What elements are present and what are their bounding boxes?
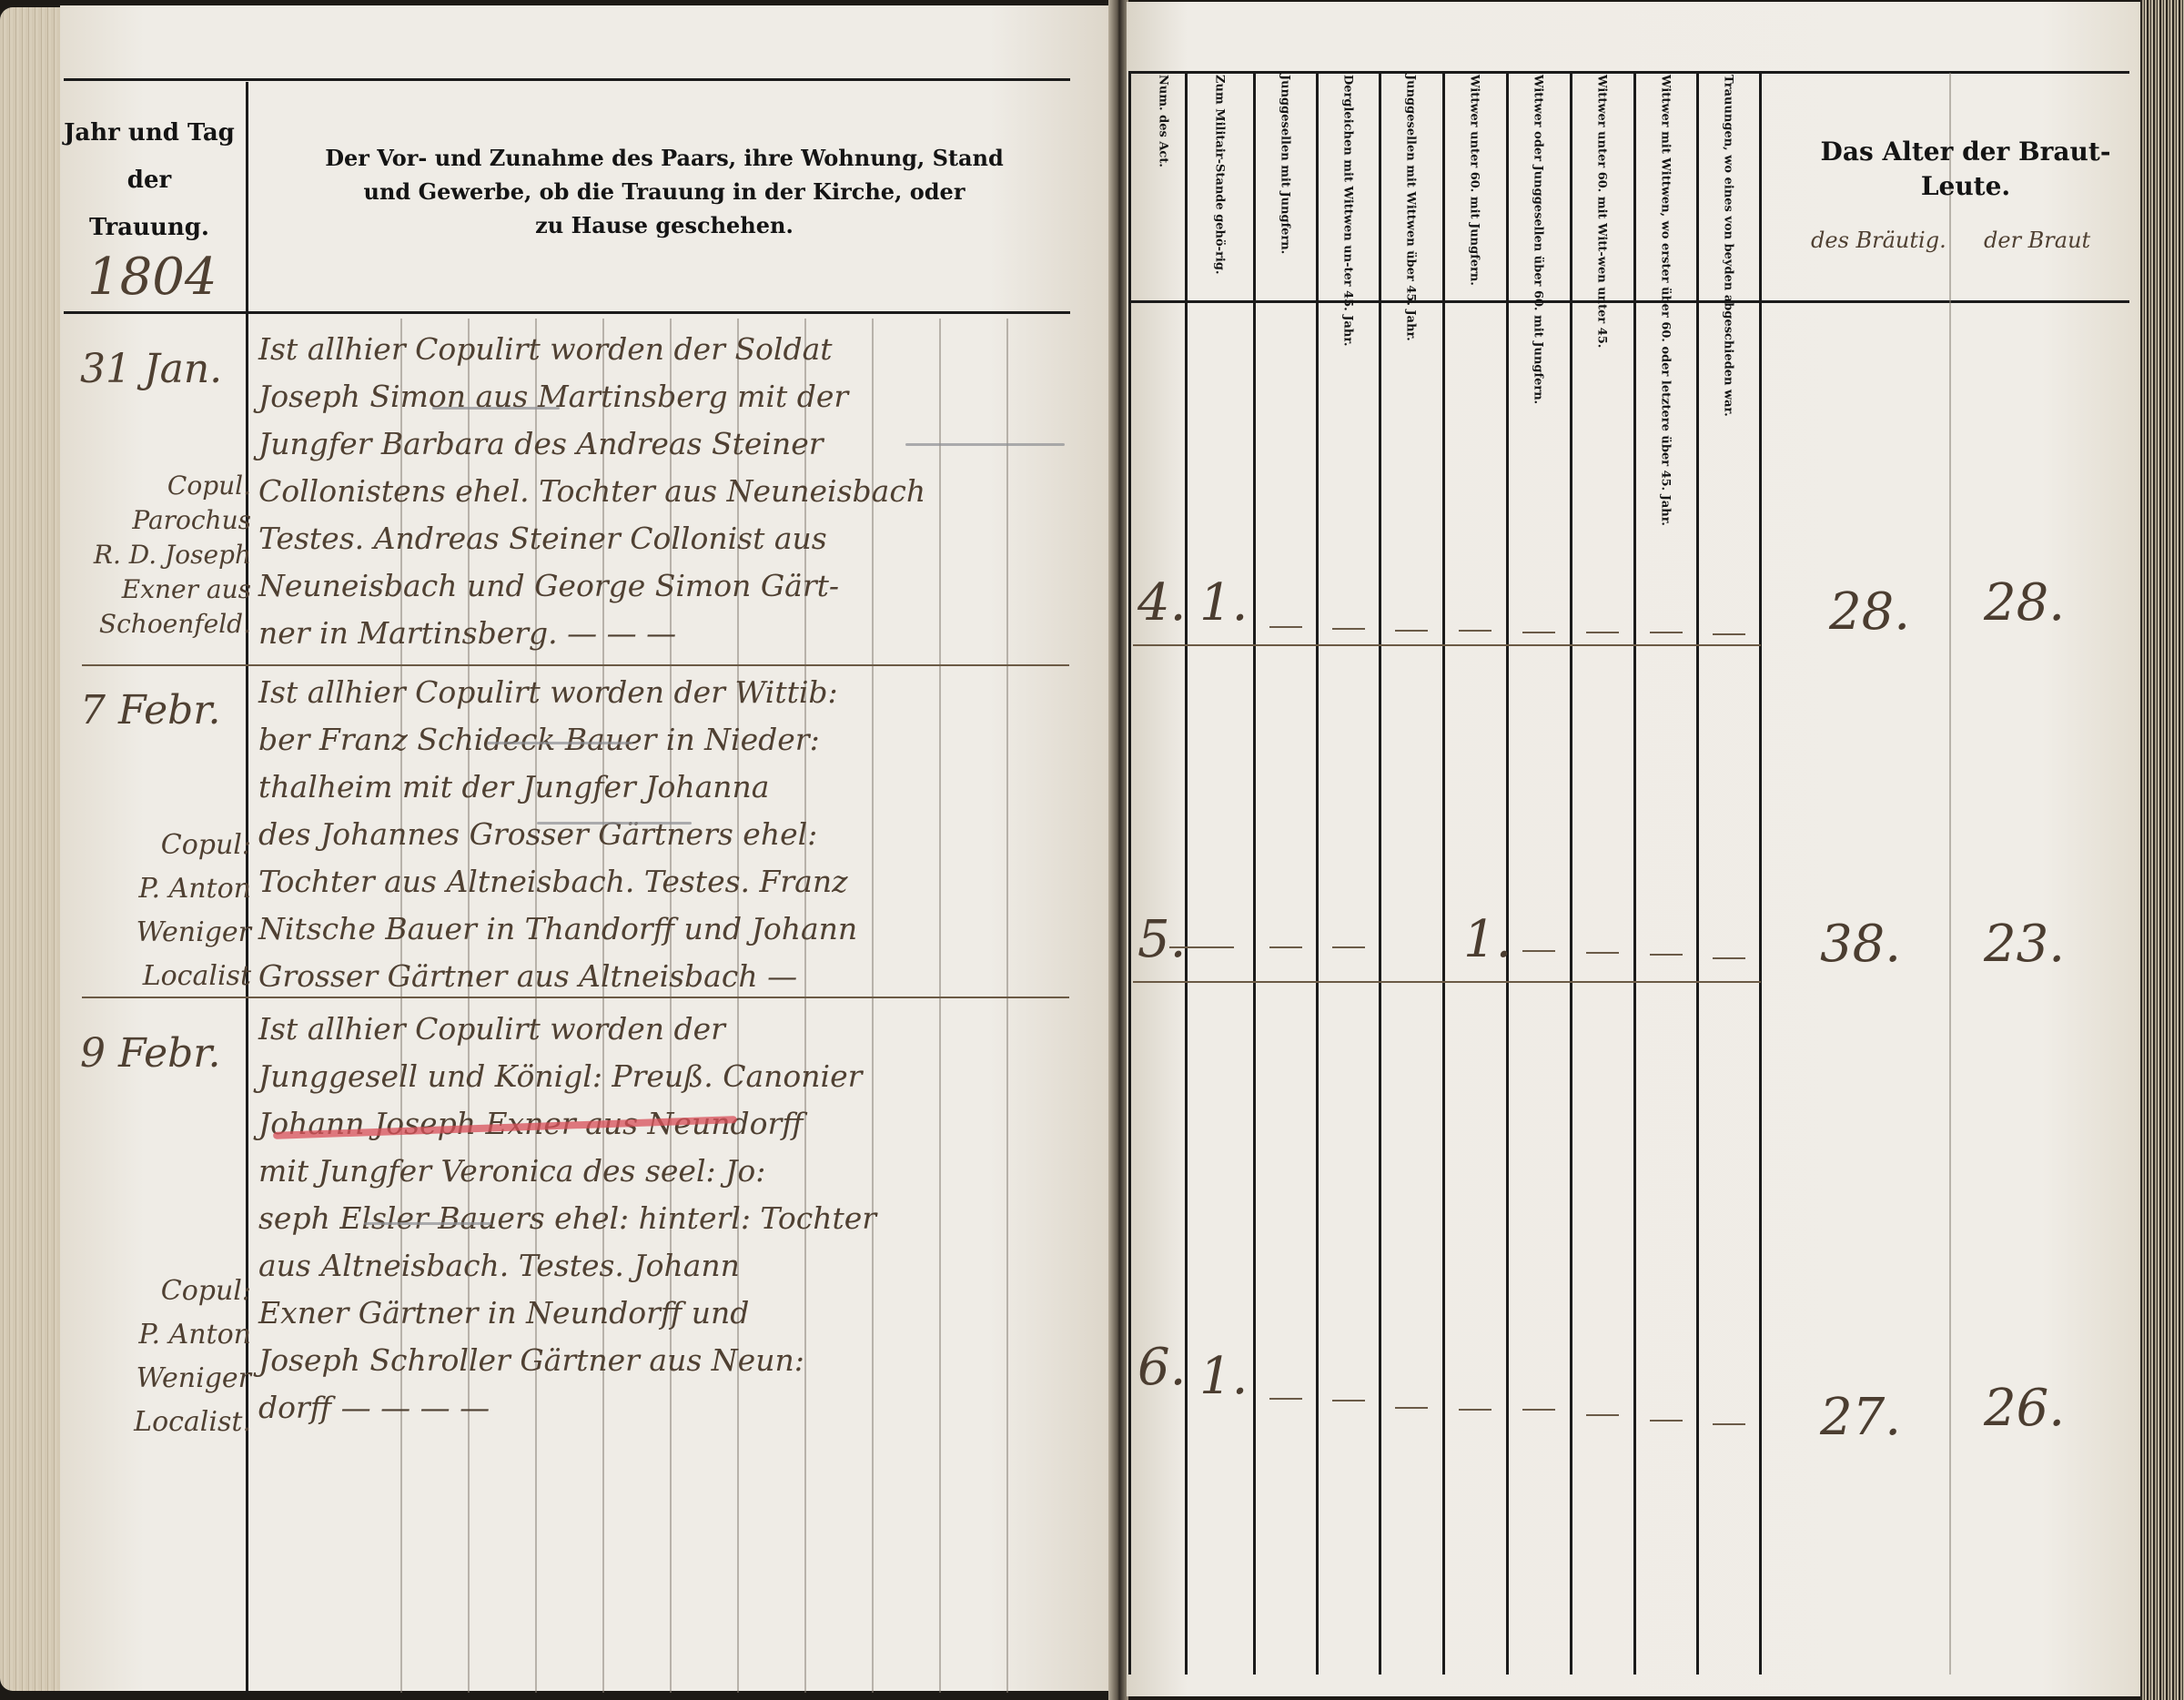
text-line: seph Elsler Bauers ehel: hinterl: Tochte… [258,1195,876,1242]
officiant-line: Exner aus [60,572,251,607]
text-line: Tochter aus Altneisbach. Testes. Franz [258,858,857,906]
cell-dash [1332,1400,1365,1401]
cell-dash [1713,1423,1745,1425]
header-bottom-rule [64,311,1070,314]
cell-dash [1586,1414,1619,1416]
entry-text: Ist allhier Copulirt worden der Soldat J… [258,326,925,657]
ruled-line [1006,319,1008,1693]
age-column-divider [1949,73,1951,1675]
text-line: Junggesell und Königl: Preuß. Canonier [258,1053,876,1100]
column-rule [1506,73,1509,1675]
column-rule [1633,73,1636,1675]
text-line: des Johannes Grosser Gärtners ehel: [258,811,857,858]
name-underline [905,443,1065,446]
entry-officiant: Copul: P. Anton Weniger Localist. [60,1270,251,1444]
act-number: 4. [1137,573,1186,632]
book-spread: Jahr und Tag der Trauung. 1804 Der Vor- … [0,0,2184,1700]
officiant-line: Weniger [60,911,251,955]
officiant-line: Copul. [60,469,251,503]
cell-dash [1650,632,1683,633]
col-header-num: Num. des Act. [1131,71,1195,299]
text-line: Jungfer Barbara des Andreas Steiner [258,420,925,468]
col-header-text: Wittwer unter 60. mit Witt-wen unter 45. [1595,75,1609,348]
officiant-line: Copul: [60,1270,251,1313]
column-rule [1379,73,1381,1675]
header-line: Trauung. [58,204,240,251]
age-header: Das Alter der Braut- Leute. [1811,135,2120,204]
cell-dash [1269,946,1302,948]
name-underline [537,822,692,825]
entry-text: Ist allhier Copulirt worden der Junggese… [258,1006,876,1432]
column-rule [1696,73,1699,1675]
column-rule [1185,73,1188,1675]
col-header-text: Wittwer unter 60. mit Jungfern. [1468,75,1481,286]
col-header-text: Dergleichen mit Wittwen un-ter 45. Jahr. [1341,75,1355,347]
cell-dash [1713,633,1745,635]
text-line: Ist allhier Copulirt worden der [258,1006,876,1053]
groom-age: 27. [1820,1388,1901,1447]
entry-date: 31 Jan. [80,346,222,392]
row-separator [1133,644,1761,646]
cell-dash [1332,628,1365,630]
col-header-divorced: Trauungen, wo eines von beyden abgeschie… [1696,71,1760,299]
column-rule [1128,73,1131,1675]
name-underline [364,1222,491,1225]
groom-age: 28. [1829,582,1910,642]
header-line: und Gewerbe, ob die Trauung in der Kirch… [259,175,1069,208]
cell-dash [1395,630,1428,632]
cell-dash [1586,632,1619,633]
col-header-widower-under60-maiden: Wittwer unter 60. mit Jungfern. [1442,71,1506,299]
cell-dash [1269,1398,1302,1400]
cell-dash [1332,946,1365,948]
header-line: Jahr und Tag [58,109,240,157]
officiant-line: Parochus [60,503,251,538]
col-header-widower-widow-under45: Wittwer unter 60. mit Witt-wen unter 45. [1570,71,1633,299]
cell-dash [1459,1409,1491,1411]
text-line: mit Jungfer Veronica des seel: Jo: [258,1148,876,1195]
name-underline [487,742,632,744]
left-page-edges [0,7,66,1691]
text-line: Ist allhier Copulirt worden der Soldat [258,326,925,373]
cell-widower-under60-maiden: 1. [1463,910,1512,969]
header-bottom-rule [1128,300,2129,303]
text-line: Neuneisbach und George Simon Gärt- [258,562,925,610]
entry-separator [82,664,1069,666]
column-rule [1316,73,1319,1675]
entry-officiant: Copul. Parochus R. D. Joseph Exner aus S… [60,469,251,642]
names-column-header: Der Vor- und Zunahme des Paars, ihre Woh… [259,141,1069,242]
col-header-military: Zum Militair-Stande gehö-rig. [1188,71,1251,299]
officiant-line: Localist [60,955,251,998]
text-line: Exner Gärtner in Neundorff und [258,1290,876,1337]
header-line: zu Hause geschehen. [259,208,1069,242]
col-header-text: Zum Militair-Stande gehö-rig. [1213,75,1227,274]
column-rule [1442,73,1445,1675]
col-header-text: Trauungen, wo eines von beyden abgeschie… [1722,75,1735,417]
entry-separator [82,997,1069,998]
bride-age-subheader: der Braut [1984,228,2090,253]
cell-dash [1395,1407,1428,1409]
officiant-line: Copul: [60,824,251,867]
text-line: aus Altneisbach. Testes. Johann [258,1242,876,1290]
cell-dash [1522,950,1555,952]
row-separator [1133,981,1761,983]
header-top-rule [64,78,1070,81]
text-line: Nitsche Bauer in Thandorff und Johann [258,906,857,953]
column-rule [1759,73,1762,1675]
cell-dash [1269,626,1302,628]
entry-date: 7 Febr. [80,687,221,734]
cell-dash [1586,952,1619,954]
book-gutter [1108,0,1128,1700]
officiant-line: P. Anton [60,1313,251,1357]
bride-age: 23. [1984,915,2065,974]
act-number: 5. [1137,910,1186,969]
cell-dash [1169,946,1202,948]
text-line: dorff — — — — [258,1384,876,1432]
header-line: der [58,157,240,204]
act-number: 6. [1137,1338,1186,1397]
column-rule [1570,73,1572,1675]
col-header-text: Junggesellen mit Jungfern. [1279,75,1292,254]
year-label: 1804 [87,248,217,307]
text-line: Grosser Gärtner aus Altneisbach — [258,953,857,1000]
officiant-line: Localist. [60,1401,251,1444]
col-header-over60-maiden: Wittwer oder Junggesellen über 60. mit J… [1506,71,1570,299]
col-header-bachelor-widow-over45: Junggesellen mit Wittwen über 45. Jahr. [1379,71,1442,299]
entry-text: Ist allhier Copulirt worden der Wittib: … [258,669,857,1000]
col-header-text: Wittwer oder Junggesellen über 60. mit J… [1532,75,1545,404]
entry-officiant: Copul: P. Anton Weniger Localist [60,824,251,998]
groom-age: 38. [1820,915,1901,974]
cell-military: 1. [1199,1347,1248,1406]
cell-dash [1522,1409,1555,1411]
col-header-text: Num. des Act. [1157,75,1170,167]
text-line: Testes. Andreas Steiner Collonist aus [258,515,925,562]
text-line: Collonistens ehel. Tochter aus Neuneisba… [258,468,925,515]
date-column-header: Jahr und Tag der Trauung. [58,109,240,251]
text-line: Joseph Simon aus Martinsberg mit der [258,373,925,420]
header-line: Das Alter der Braut- [1811,135,2120,169]
cell-military: 1. [1199,573,1248,632]
text-line: ner in Martinsberg. — — — [258,610,925,657]
bride-age: 26. [1984,1379,2065,1438]
ruled-line [939,319,941,1693]
text-line: Joseph Schroller Gärtner aus Neun: [258,1337,876,1384]
officiant-line: Weniger [60,1357,251,1401]
col-header-text: Junggesellen mit Wittwen über 45. Jahr. [1404,75,1418,341]
text-line: thalheim mit der Jungfer Johanna [258,764,857,811]
cell-dash [1713,957,1745,959]
name-underline [432,407,560,410]
col-header-widower-widow-over: Wittwer mit Wittwen, wo erster über 60. … [1633,71,1697,299]
cell-dash [1201,946,1234,948]
officiant-line: R. D. Joseph [60,538,251,572]
officiant-line: Schoenfeld. [60,607,251,642]
header-line: Leute. [1811,169,2120,204]
col-header-bachelor-maiden: Junggesellen mit Jungfern. [1253,71,1317,299]
officiant-line: P. Anton [60,867,251,911]
groom-age-subheader: des Bräutig. [1811,228,1946,253]
col-header-bachelor-widow-under45: Dergleichen mit Wittwen un-ter 45. Jahr. [1316,71,1380,299]
header-line: Der Vor- und Zunahme des Paars, ihre Woh… [259,141,1069,175]
column-rule [1253,73,1256,1675]
col-header-text: Wittwer mit Wittwen, wo erster über 60. … [1659,75,1673,526]
cell-dash [1459,630,1491,632]
entry-date: 9 Febr. [80,1030,221,1077]
cell-dash [1650,954,1683,956]
right-page-edges [2140,0,2184,1700]
text-line: Ist allhier Copulirt worden der Wittib: [258,669,857,716]
text-line: ber Franz Schideck Bauer in Nieder: [258,716,857,764]
cell-dash [1650,1420,1683,1422]
bride-age: 28. [1984,573,2065,632]
cell-dash [1522,632,1555,633]
